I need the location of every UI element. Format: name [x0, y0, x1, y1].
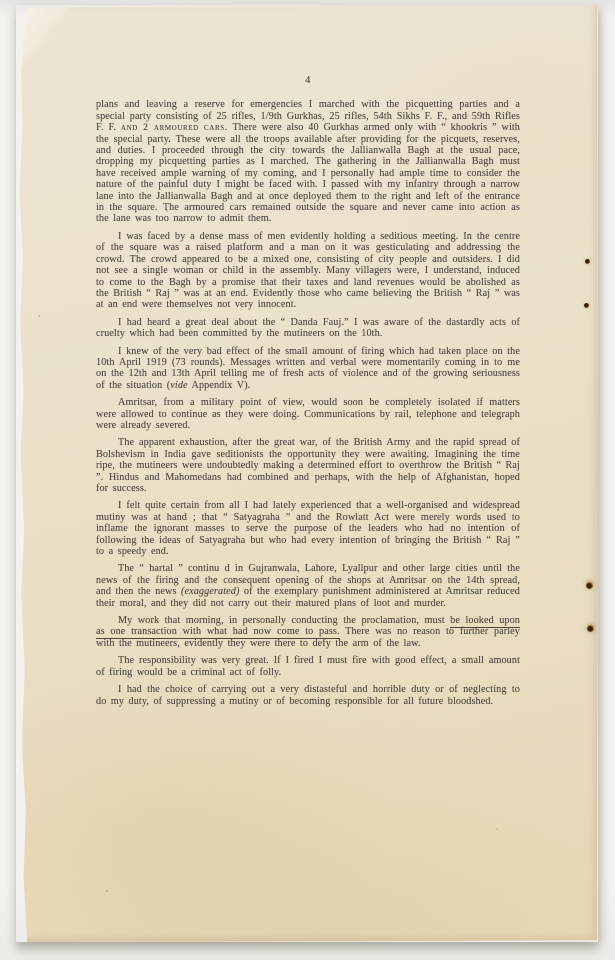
italic-text: vide: [170, 380, 187, 391]
document-page: 4 plans and leaving a reserve for emerge…: [16, 5, 598, 942]
italic-text: (exaggerated): [181, 586, 239, 597]
paragraph-text: The responsibility was very great. If I …: [96, 655, 520, 677]
corner-fold: [18, 5, 84, 89]
paragraph-text: I had heard a great deal about the “ Dan…: [96, 317, 520, 339]
paragraph-2: I was faced by a dense mass of men evide…: [96, 231, 520, 311]
document-scan: 4 plans and leaving a reserve for emerge…: [16, 5, 598, 942]
paragraph-text: I was faced by a dense mass of men evide…: [96, 231, 520, 310]
paragraph-text: The apparent exhaustion, after the great…: [96, 437, 520, 494]
paragraph-3: I had heard a great deal about the “ Dan…: [96, 317, 520, 340]
paragraph-text: There were also 40 Gurkhas armed only wi…: [96, 122, 520, 224]
rust-hole: [587, 625, 594, 632]
paragraph-5: Amritsar, from a military point of view,…: [96, 397, 520, 431]
paragraph-11: I had the choice of carrying out a very …: [96, 684, 520, 707]
paragraph-6: The apparent exhaustion, after the great…: [96, 437, 520, 494]
page-text-block: 4 plans and leaving a reserve for emerge…: [96, 75, 520, 713]
paragraph-4: I knew of the very bad effect of the sma…: [96, 346, 520, 392]
rust-hole: [585, 259, 590, 264]
page-number: 4: [96, 75, 520, 86]
paragraph-9: My work that morning, in personally cond…: [96, 615, 520, 649]
paragraph-text: I knew of the very bad effect of the sma…: [96, 346, 520, 391]
paragraph-8: The “ hartal ” continu d in Gujranwala, …: [96, 563, 520, 609]
paragraph-text: I felt quite certain from all I had late…: [96, 500, 520, 557]
rust-hole: [586, 582, 593, 589]
paragraph-text: I had the choice of carrying out a very …: [96, 684, 520, 706]
paragraph-text: My work that morning, in personally cond…: [118, 615, 450, 626]
smallcaps-text: and 2 armoured cars.: [121, 122, 228, 133]
paragraph-10: The responsibility was very great. If I …: [96, 655, 520, 678]
paragraph-text: Appendix V).: [188, 380, 251, 391]
paragraph-text: Amritsar, from a military point of view,…: [96, 397, 520, 431]
rust-hole: [584, 303, 589, 308]
paragraph-7: I felt quite certain from all I had late…: [96, 500, 520, 557]
paragraph-1: plans and leaving a reserve for emergenc…: [96, 99, 520, 224]
